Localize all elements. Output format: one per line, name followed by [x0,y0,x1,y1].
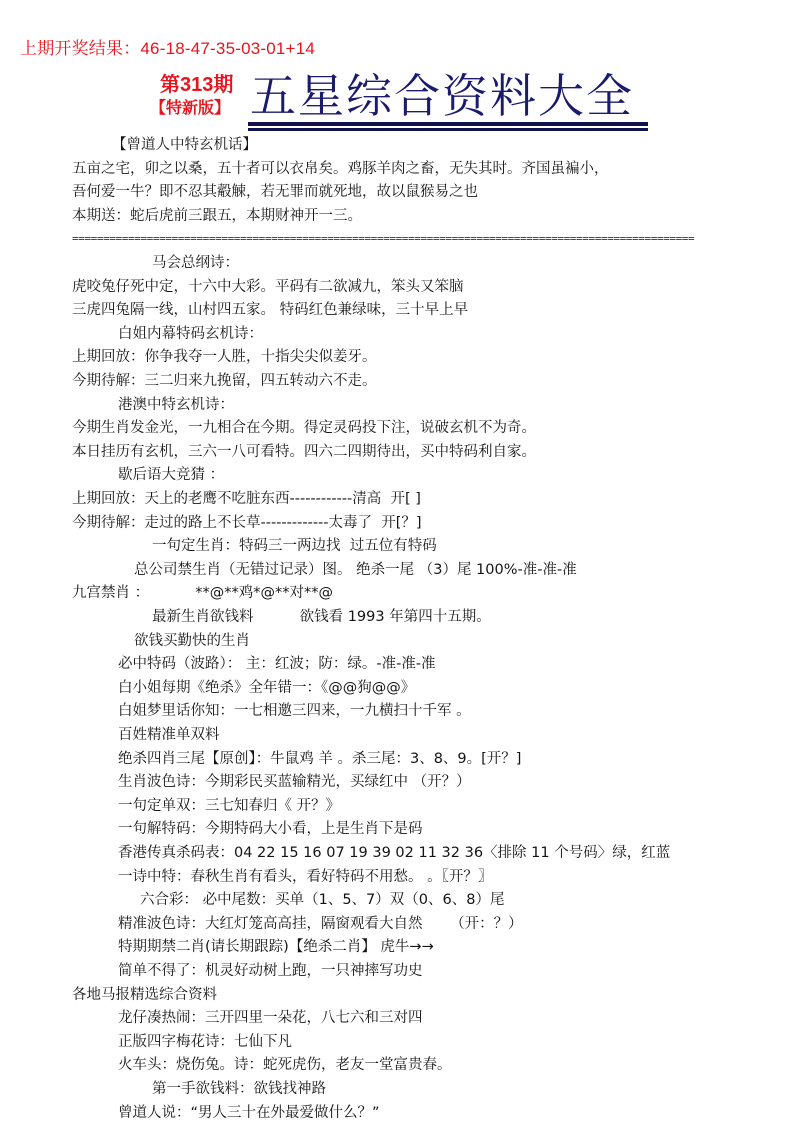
text-line: 虎咬兔仔死中定，十六中大彩。平码有二欲减九，笨头又笨脑 [72,277,464,297]
text-line: 一句定生肖：特码三一两边找 过五位有特码 [152,536,437,556]
title-underline-second [248,128,648,131]
separator-line: ========================================… [72,229,694,249]
text-line: 今期待解：走过的路上不长草-------------太毒了 开[？] [72,513,422,533]
text-line: 吾何爱一牛？即不忍其觳觫，若无罪而就死地，故以鼠猴易之也 [72,182,478,202]
text-line: 六合彩： 必中尾数：买单（1、5、7）双（0、6、8）尾 [140,890,504,910]
text-line: 今期生肖发金光，一九相合在今期。得定灵码投下注，说破玄机不为奇。 [72,418,536,438]
text-line: 百姓精准单双料 [118,725,220,745]
text-line: 九宫禁肖 ： **@**鸡*@**对**@ [72,583,333,603]
text-line: 马会总纲诗： [152,253,239,273]
text-line: 【曾道人中特玄机话】 [112,135,257,155]
edition-badge: 【特新版】 [150,95,230,118]
text-line: 白姐梦里话你知：一七相邀三四来，一九横扫十千军 。 [118,701,471,721]
text-line: 一诗中特：春秋生肖有看头，看好特码不用愁。 。〖开？〗 [118,867,492,887]
text-line: 欲钱买勤快的生肖 [134,631,250,651]
text-line: 各地马报精选综合资料 [72,985,217,1005]
text-line: 白小姐每期《绝杀》全年错一：《@@狗@@》 [118,678,415,698]
text-line: 必中特码（波路）： 主：红波；防：绿。-准-准-准 [118,654,436,674]
text-line: 生肖波色诗：今期彩民买蓝输精光，买绿红中 （开？） [118,772,471,792]
text-line: 上期回放：天上的老鹰不吃脏东西------------清高 开[ ] [72,489,421,509]
text-line: 三虎四兔隔一线，山村四五家。 特码红色兼绿味，三十早上早 [72,300,468,320]
text-line: 绝杀四肖三尾【原创】：牛鼠鸡 羊 。杀三尾：3、8、9。[开？] [118,749,521,769]
text-line: 龙仔凑热闹：三开四里一朵花，八七六和三对四 [118,1008,423,1028]
text-line: 白姐内幕特码玄机诗： [118,324,263,344]
issue-number: 第313期 [160,68,233,97]
text-line: 五亩之宅，卯之以桑，五十者可以衣帛矣。鸡豚羊肉之畜，无失其时。齐国虽褊小， [72,159,609,179]
text-line: 曾道人说：“男人三十在外最爱做什么？” [118,1103,380,1122]
text-line: 正版四字梅花诗：七仙下凡 [118,1032,292,1052]
text-line: 火车头：烧伤兔。诗：蛇死虎伤，老友一堂富贵春。 [118,1055,452,1075]
text-line: 一句定单双：三七知春归《 开？》 [118,796,340,816]
text-line: 总公司禁生肖（无错过记录）图。 绝杀一尾 （3）尾 100%-准-准-准 [134,560,577,580]
text-line: 歇后语大竞猜 ： [118,465,224,485]
last-draw-result: 上期开奖结果：46-18-47-35-03-01+14 [20,34,315,59]
text-line: 最新生肖欲钱料 欲钱看 1993 年第四十五期。 [152,607,491,627]
text-line: 特期期禁二肖(请长期跟踪)【绝杀二肖】 虎牛→→ [118,937,434,957]
text-line: 上期回放：你争我夺一人胜，十指尖尖似姜牙。 [72,347,377,367]
text-line: 港澳中特玄机诗： [118,395,234,415]
text-line: 一句解特码：今期特码大小看，上是生肖下是码 [118,819,423,839]
text-line: 本期送：蛇后虎前三跟五，本期财神开一三。 [72,206,362,226]
title-underline [248,122,648,126]
text-line: 简单不得了：机灵好动树上跑，一只神摔写功史 [118,961,423,981]
text-line: 今期待解：三二归来九挽留，四五转动六不走。 [72,371,377,391]
text-line: 第一手欲钱料：欲钱找神路 [152,1079,326,1099]
page-title: 五星综合资料大全 [250,70,634,122]
text-line: 本日挂历有玄机，三六一八可看特。四六二四期待出，买中特码利自家。 [72,442,536,462]
text-line: 香港传真杀码表：04 22 15 16 07 19 39 02 11 32 36… [118,843,670,863]
text-line: 精准波色诗：大红灯笼高高挂，隔窗观看大自然 （开：？） [118,914,523,934]
